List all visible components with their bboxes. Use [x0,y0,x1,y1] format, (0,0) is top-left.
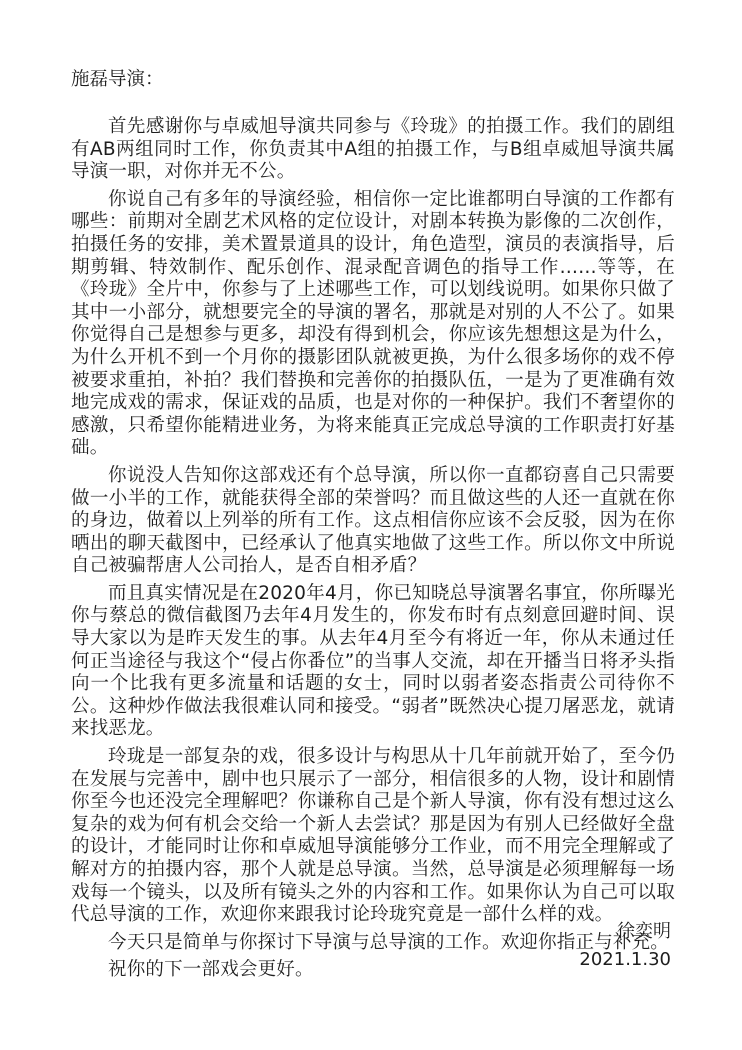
paragraph-intro: 首先感谢你与卓威旭导演共同参与《玲珑》的拍摄工作。我们的剧组有AB两组同时工作，… [71,116,675,184]
signature-date: 2021.1.30 [579,946,671,974]
paragraph-director-duties: 你说自己有多年的导演经验，相信你一定比谁都明白导演的工作都有哪些：前期对全剧艺术… [71,189,675,460]
signature-name: 徐奕明 [579,918,671,946]
salutation: 施磊导演： [71,68,675,92]
paragraph-chief-director: 你说没人告知你这部戏还有个总导演，所以你一直都窃喜自己只需要做一小半的工作，就能… [71,465,675,578]
paragraph-complexity: 玲珑是一部复杂的戏，很多设计与构思从十几年前就开始了，至今仍在发展与完善中，剧中… [71,746,675,927]
letter-body: 施磊导演： 首先感谢你与卓威旭导演共同参与《玲珑》的拍摄工作。我们的剧组有AB两… [71,68,675,987]
paragraph-timeline: 而且真实情况是在2020年4月，你已知晓总导演署名事宜，你所曝光你与蔡总的微信截… [71,583,675,741]
signature-block: 徐奕明 2021.1.30 [579,918,671,974]
